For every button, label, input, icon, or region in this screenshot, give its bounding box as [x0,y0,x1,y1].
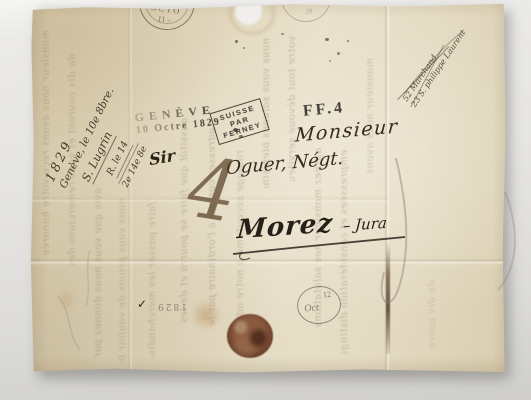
entry-datestamp-circle: OCTO 11 – [135,0,198,34]
showthrough-column: du dix courant et vous remercions des [427,280,438,350]
destination-town: Morez [236,208,334,245]
faint-corner-datestamp-text: 29 [285,3,334,21]
inverted-year-note: 1829 [156,301,187,311]
faint-corner-datestamp: 29 [276,0,335,27]
handwritten-addressee: Oguer, Négt. [226,148,344,179]
ink-speck [337,52,340,55]
ink-speck [325,38,329,41]
horizontal-fold-crease [29,258,507,265]
ink-speck [235,40,238,43]
handwritten-destination: Morez – Jura [236,205,388,246]
showthrough-column: faire passer les marchandises suivantes [147,202,158,357]
showthrough-column: empressées et considération distinguée [339,150,350,355]
wax-seal-remnant [227,314,273,358]
photo-of-1829-letter: monsieur nous avons reçu votre honoréedu… [0,0,531,400]
arrival-datestamp-month: Oct [304,302,320,314]
arrival-datestamp-circle: 12 Oct [295,284,343,326]
check-annotation: ✓ 1829 [137,297,187,311]
arrival-datestamp-day: 12 [323,290,332,300]
destination-department: – Jura [342,214,387,235]
ink-speck [329,60,331,62]
ff-franchise-stamp: FF.4 [302,99,345,121]
ink-smear [386,242,390,354]
rust-stain [189,301,223,329]
showthrough-column: monsieur nous avons reçu votre honorée [41,30,52,256]
showthrough-column: avis que vous nous donnez par icelle [93,188,104,358]
ink-speck [233,128,238,132]
ink-speck [281,33,284,35]
ink-speck [239,135,243,138]
letter-paper: monsieur nous avons reçu votre honoréedu… [29,2,507,375]
handwritten-addressee-prefix: Sir [149,146,176,170]
crossed-merchant-annotation: 52 Marchand 23 S. philippe Laurent [401,23,468,109]
check-mark: ✓ [137,297,147,311]
ink-speck [347,40,349,42]
ink-speck [243,47,245,49]
rust-stain-faint [55,290,77,310]
manuscript-tax-mark: 4 [182,140,244,243]
